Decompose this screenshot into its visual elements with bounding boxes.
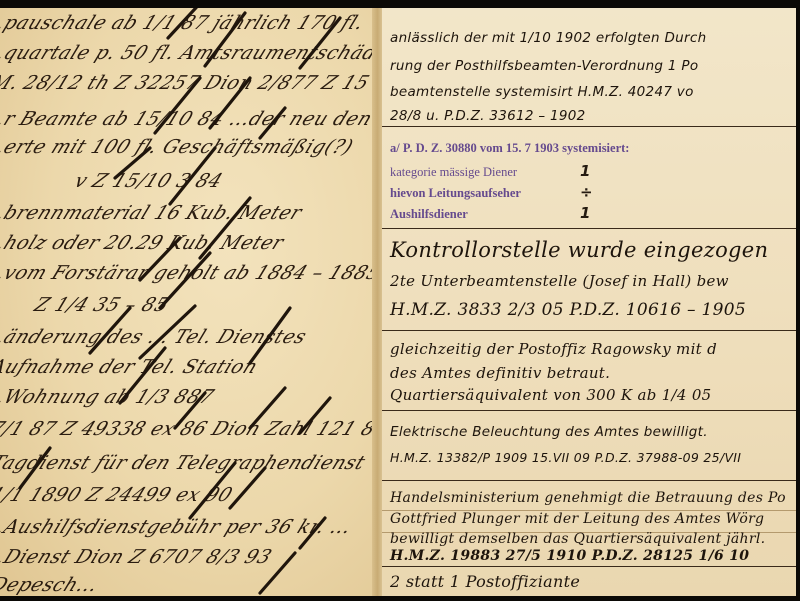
entry-line: H.M.Z. 3833 2/3 05 P.D.Z. 10616 – 1905	[390, 300, 746, 320]
stamp-entry-1903: a/ P. D. Z. 30880 vom 15. 7 1903 systemi…	[382, 128, 796, 229]
document-scan: ..pauschale ab 1/1 87 jährlich 170 fl. .…	[0, 8, 796, 596]
left-line: Aufnahme der Tel. Station	[0, 356, 261, 378]
left-line: ..pauschale ab 1/1 87 jährlich 170 fl.	[0, 12, 368, 34]
left-line: ..änderung des ... Tel. Dienstes	[0, 326, 310, 348]
ledger-entry-1909: Elektrische Beleuchtung des Amtes bewill…	[382, 412, 796, 481]
entry-line: 2 statt 1 Postoffiziante	[390, 572, 580, 591]
entry-line: Elektrische Beleuchtung des Amtes bewill…	[390, 424, 708, 440]
left-line: M. 28/12 th Z 32257 Dion 2/877 Z 15	[0, 72, 373, 94]
left-line: v Z 15/10 3 84	[71, 170, 226, 192]
entry-line: 28/8 u. P.D.Z. 33612 – 1902	[390, 108, 586, 124]
entry-line: H.M.Z. 19883 27/5 1910 P.D.Z. 28125 1/6 …	[390, 548, 749, 564]
entry-line: Kontrollorstelle wurde eingezogen	[390, 238, 768, 262]
stamp-row-count: ÷	[580, 183, 593, 201]
entry-line: Quartiersäquivalent von 300 K ab 1/4 05	[390, 386, 712, 404]
left-line: Depesch...	[0, 574, 102, 596]
entry-line: anlässlich der mit 1/10 1902 erfolgten D…	[390, 30, 706, 46]
ledger-entry-1902: anlässlich der mit 1/10 1902 erfolgten D…	[382, 8, 796, 127]
stamp-row-label: kategorie mässige Diener	[390, 165, 517, 180]
entry-line: Handelsministerium genehmigt die Betrauu…	[390, 490, 786, 506]
left-line: ..vom Forstärar geholt ab 1884 – 1885	[0, 262, 380, 284]
entry-line: des Amtes definitiv betraut.	[390, 364, 610, 382]
ledger-entry-1910: Handelsministerium genehmigt die Betrauu…	[382, 482, 796, 567]
entry-line: rung der Posthilfsbeamten-Verordnung 1 P…	[390, 58, 698, 74]
ledger-entry-postoffiziante: 2 statt 1 Postoffiziante	[382, 568, 796, 596]
entry-line: 2te Unterbeamtenstelle (Josef in Hall) b…	[390, 272, 729, 290]
entry-line: H.M.Z. 13382/P 1909 15.VII 09 P.D.Z. 379…	[390, 450, 741, 465]
left-line: Z 1/4 35 – 85	[31, 294, 172, 316]
left-line: ..Dienst Dion Z 6707 8/3 93	[0, 546, 275, 568]
entry-line: bewilligt demselben das Quartiersäquival…	[390, 531, 765, 547]
left-line: ..erte mit 100 fl. Geschäftsmäßig(?)	[0, 136, 357, 158]
entry-line: gleichzeitig der Postoffiz Ragowsky mit …	[390, 340, 717, 358]
ledger-entry-1905: Kontrollorstelle wurde eingezogen 2te Un…	[382, 230, 796, 331]
left-page: ..pauschale ab 1/1 87 jährlich 170 fl. .…	[0, 8, 380, 596]
left-line: 1/1 1890 Z 24499 ex 90	[0, 484, 236, 506]
left-line: ..quartale p. 50 fl. Amtsraumentschäd. 3…	[0, 42, 380, 64]
stamp-header: a/ P. D. Z. 30880 vom 15. 7 1903 systemi…	[390, 141, 629, 156]
left-line: ..r Beamte ab 15/10 84 ...der neu den ..…	[0, 108, 380, 130]
left-line: ..brennmaterial 16 Kub. Meter	[0, 202, 306, 224]
stamp-row-label: hievon Leitungsaufseher	[390, 186, 521, 201]
entry-line: Gottfried Plunger mit der Leitung des Am…	[390, 511, 764, 527]
entry-line: beamtenstelle systemisirt H.M.Z. 40247 v…	[390, 84, 694, 100]
left-line: ..Wohnung ab 1/3 887	[0, 386, 217, 408]
left-line: 7/1 87 Z 49338 ex 86 Dion Zahl 121 87	[0, 418, 380, 440]
ledger-entry-ragowsky: gleichzeitig der Postoffiz Ragowsky mit …	[382, 332, 796, 411]
stamp-row-label: Aushilfsdiener	[390, 207, 468, 222]
right-page: anlässlich der mit 1/10 1902 erfolgten D…	[382, 8, 796, 596]
left-line: ..holz oder 20.29 Kub. Meter	[0, 232, 287, 254]
left-line: Tagdienst für den Telegraphendienst	[0, 452, 369, 474]
stamp-row-count: 1	[580, 204, 590, 222]
stamp-row-count: 1	[580, 162, 590, 180]
left-line: ..Aushilfsdienstgebühr per 36 kr. ...	[0, 516, 355, 538]
